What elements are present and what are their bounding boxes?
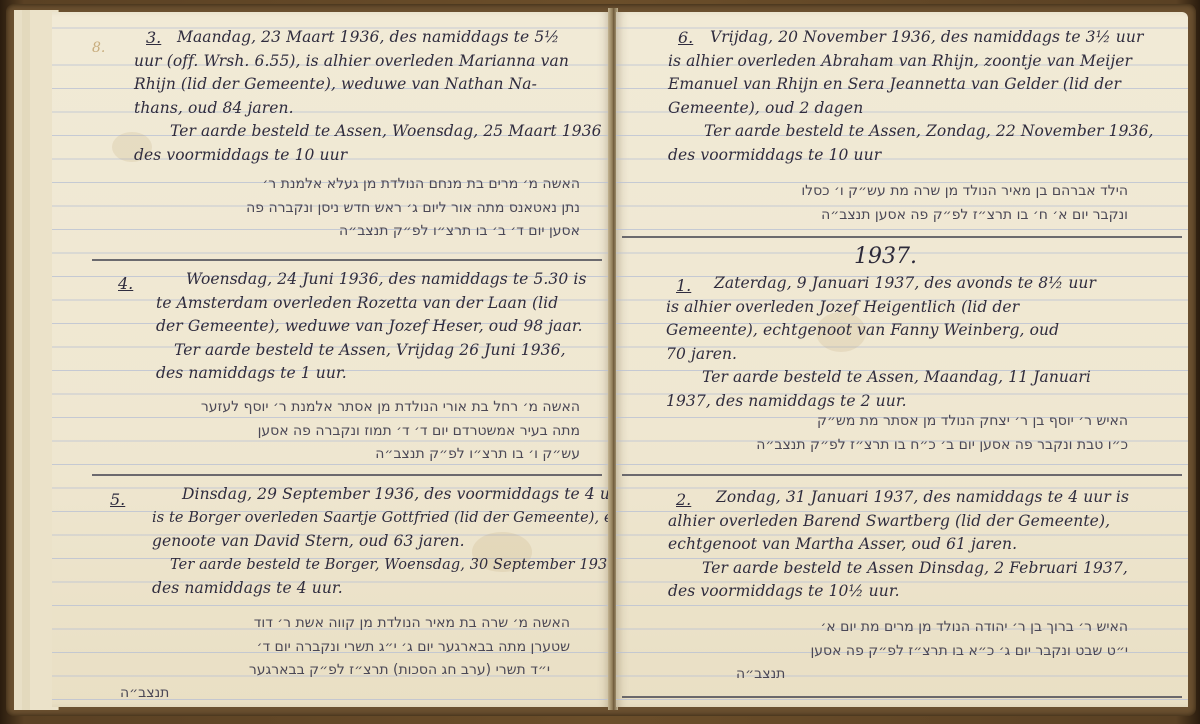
left-page: 8. 3. Maandag, 23 Maart 1936, des namidd… — [52, 12, 610, 707]
entry-6-dutch: Vrijdag, 20 November 1936, des namiddags… — [710, 26, 1143, 50]
entry-3-dutch: Maandag, 23 Maart 1936, des namiddags te… — [177, 26, 559, 50]
right-page: 6. Vrijdag, 20 November 1936, des namidd… — [616, 12, 1188, 707]
entry-divider — [92, 474, 602, 476]
entry-number: 1. — [676, 276, 691, 295]
entry-number: 3. — [146, 28, 161, 47]
entry-4-dutch-cont: te Amsterdam overleden Rozetta van der L… — [156, 292, 583, 386]
entry-5-hebrew-end: תנצב״ה — [120, 682, 169, 706]
entry-1937-2-hebrew-end: תנצב״ה — [736, 663, 785, 687]
entry-4-hebrew: האשה מ׳ רחל בת אורי הנולדת מן אסתר אלמנת… — [201, 396, 580, 467]
entry-1937-2-hebrew: האיש ר׳ ברוך בן ר׳ יהודה הנולד מן מרים מ… — [810, 616, 1128, 663]
entry-divider — [92, 259, 602, 261]
entry-number: 4. — [118, 274, 133, 293]
faded-margin-mark: 8. — [92, 40, 105, 56]
entry-6-dutch-cont: is alhier overleden Abraham van Rhijn, z… — [668, 50, 1154, 168]
entry-5-dutch-cont: is te Borger overleden Saartje Gottfried… — [152, 507, 610, 601]
entry-divider — [622, 696, 1182, 698]
entry-1937-2-dutch: Zondag, 31 Januari 1937, des namiddags t… — [716, 486, 1129, 510]
entry-divider — [622, 236, 1182, 238]
entry-3-dutch-cont: uur (off. Wrsh. 6.55), is alhier overled… — [134, 50, 602, 168]
entry-number: 6. — [678, 28, 693, 47]
year-heading: 1937. — [854, 244, 917, 269]
entry-5-hebrew: האשה מ׳ שרה בת מאיר הנולדת מן קווה אשת ר… — [249, 612, 570, 683]
entry-1937-1-hebrew: האיש ר׳ יוסף בן ר׳ יצחק הנולד מן אסתר מת… — [756, 410, 1128, 457]
entry-number: 2. — [676, 490, 691, 509]
entry-divider — [622, 474, 1182, 476]
entry-1937-2-dutch-cont: alhier overleden Barend Swartberg (lid d… — [668, 510, 1128, 604]
entry-1937-1-dutch-cont: is alhier overleden Jozef Heigentlich (l… — [666, 296, 1091, 414]
entry-1937-1-dutch: Zaterdag, 9 Januari 1937, des avonds te … — [714, 272, 1096, 296]
entry-number: 5. — [110, 490, 125, 509]
entry-6-hebrew: הילד אברהם בן מאיר הנולד מן שרה מת עש״ק … — [801, 180, 1128, 227]
entry-5-dutch: Dinsdag, 29 September 1936, des voormidd… — [182, 483, 610, 507]
entry-3-hebrew: האשה מ׳ מרים בת מנחם הנולדת מן געלא אלמנ… — [246, 173, 580, 244]
book-photo: 8. 3. Maandag, 23 Maart 1936, des namidd… — [0, 0, 1200, 724]
entry-4-dutch: Woensdag, 24 Juni 1936, des namiddags te… — [186, 268, 587, 292]
